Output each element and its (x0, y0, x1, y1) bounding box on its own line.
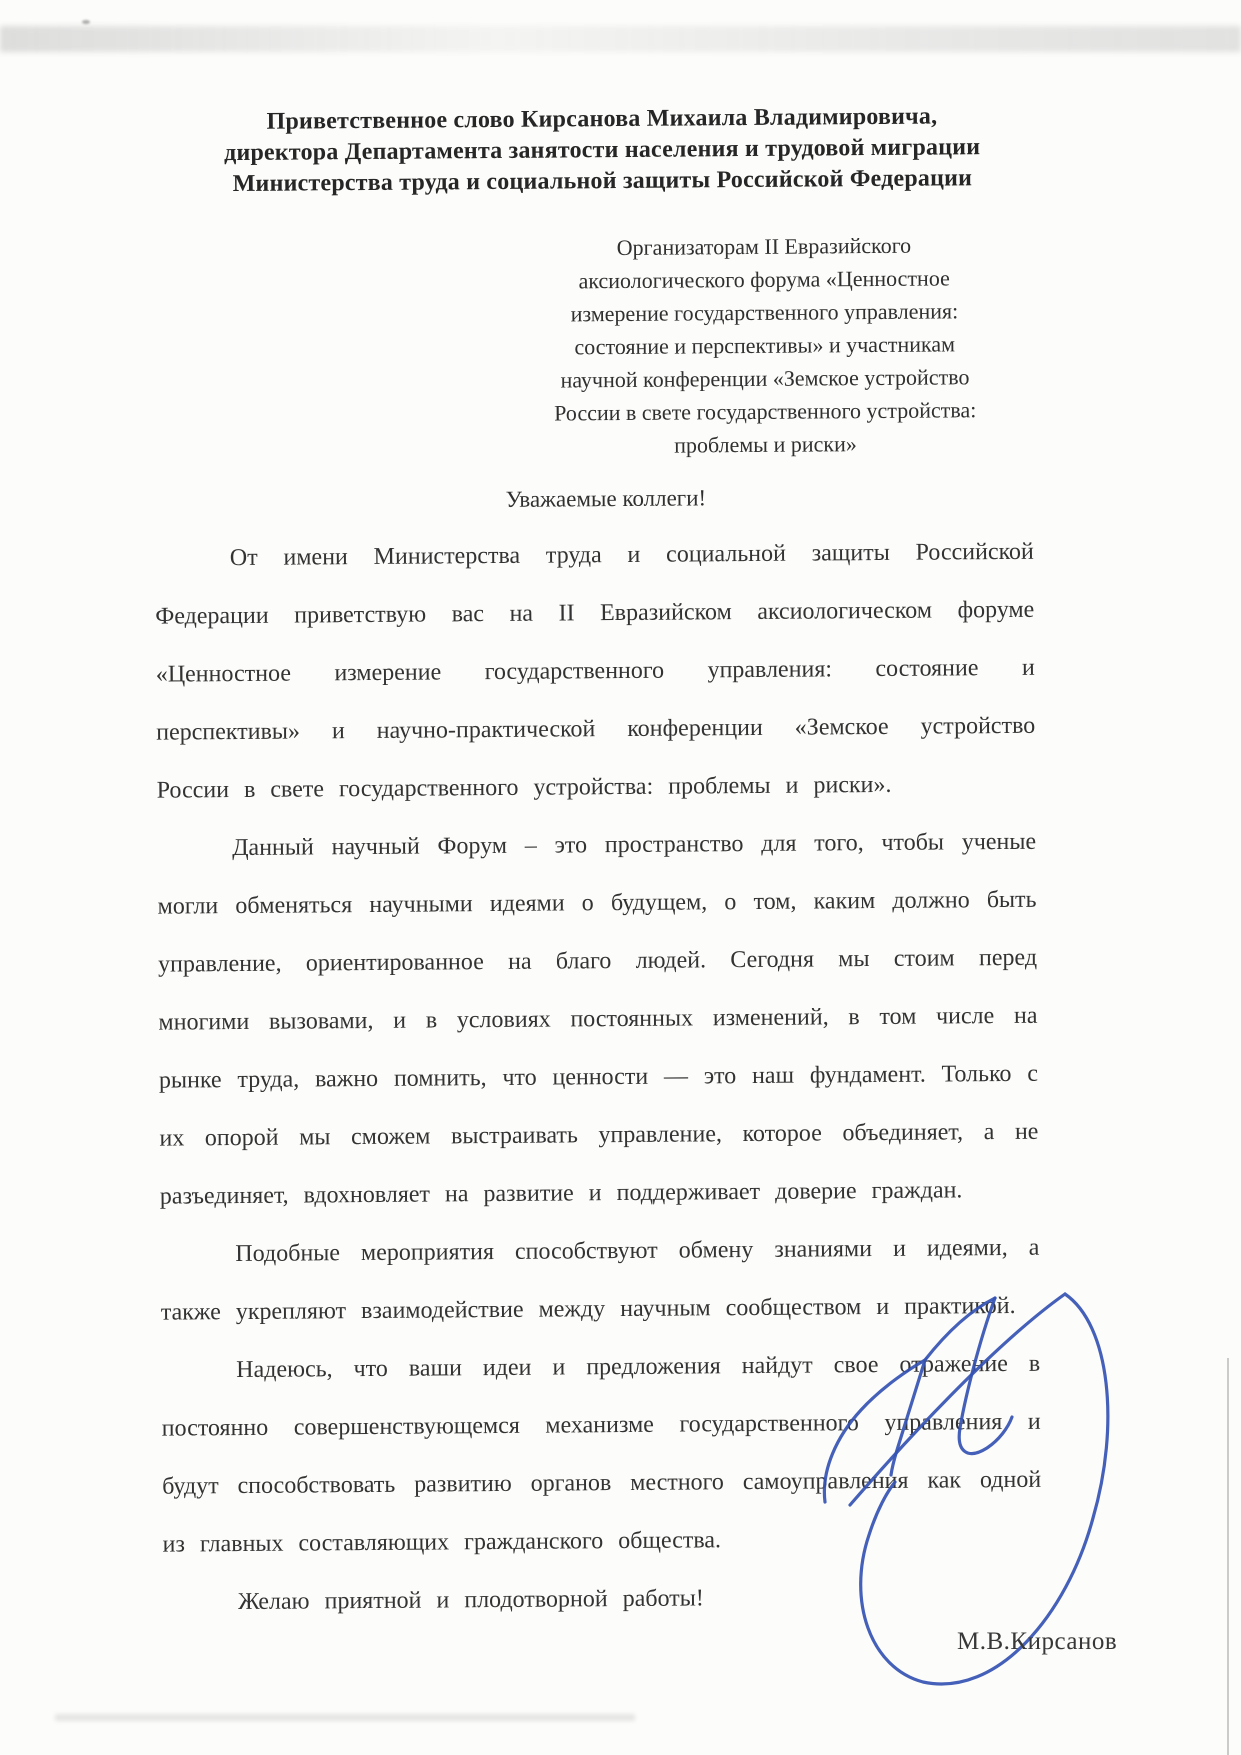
addressee-block: Организаторам II Евразийского аксиологич… (441, 227, 1088, 463)
signature-stroke (824, 1360, 925, 1502)
addressee-line: проблемы и риски» (443, 425, 1088, 463)
letter-title: Приветственное слово Кирсанова Михаила В… (0, 99, 1209, 202)
addressee-line: аксиологического форума «Ценностное (442, 260, 1087, 298)
addressee-line: научной конференции «Земское устройство (442, 359, 1087, 397)
scanned-letter-page: Приветственное слово Кирсанова Михаила В… (0, 0, 1241, 1755)
body-paragraph: От имени Министерства труда и социальной… (155, 523, 1036, 820)
signature-stroke (959, 1298, 1012, 1454)
signatory-name: М.В.Кирсанов (957, 1628, 1117, 1656)
handwritten-signature (775, 1270, 1135, 1730)
addressee-line: измерение государственного управления: (442, 293, 1087, 331)
addressee-line: Организаторам II Евразийского (441, 227, 1086, 265)
salutation: Уважаемые коллеги! (0, 479, 1240, 519)
body-paragraph: Данный научный Форум – это пространство … (157, 813, 1039, 1226)
addressee-line: состояние и перспективы» и участникам (442, 326, 1087, 364)
addressee-line: России в свете государственного устройст… (443, 392, 1088, 430)
